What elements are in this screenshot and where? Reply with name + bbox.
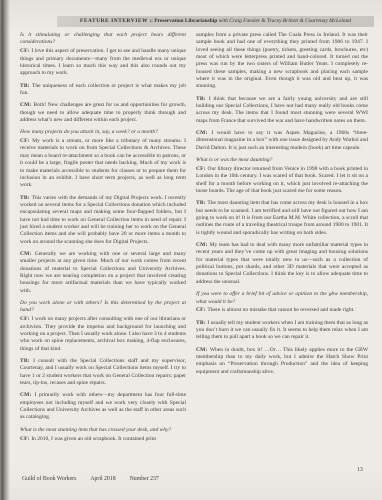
paragraph-text: In 2010, I was given an old scrapbook. I… <box>31 436 156 442</box>
paragraph-text: I think that because we are a fairly you… <box>196 96 368 124</box>
speaker-label: TB: <box>196 96 209 102</box>
paragraph-text: How many projects do you attack in, say,… <box>20 129 158 135</box>
speaker-label: CF: <box>20 436 31 442</box>
interview-answer: TB: This varies with the demands of my D… <box>20 195 186 246</box>
paragraph-text: samples from a private press called The … <box>196 32 368 89</box>
footer-issue-number: Number 237 <box>130 476 159 482</box>
interview-answer: CF: In 2010, I was given an old scrapboo… <box>20 436 186 443</box>
interview-answer: CM: Generally we are working with one or… <box>20 251 186 295</box>
paragraph-text: My work is a stream, or more like a trib… <box>20 138 186 188</box>
interview-answer: CM: Both! New challenges are great for u… <box>20 102 186 124</box>
right-column: samples from a private press called The … <box>196 32 368 448</box>
speaker-label: CF: <box>20 138 32 144</box>
interview-answer: CM: I primarily work with others—my depa… <box>20 392 186 421</box>
left-column: Is it stimulating or challenging that ea… <box>20 32 186 448</box>
header-article-title: Preservation Librarianship <box>154 18 217 24</box>
interview-answer: TB: I think that because we are a fairly… <box>196 96 368 125</box>
interview-answer: CF: My work is a stream, or more like a … <box>20 138 186 189</box>
paragraph-text: I usually tell my student workers when I… <box>196 320 368 341</box>
speaker-label: CF: <box>196 307 207 313</box>
speaker-label: TB: <box>196 320 207 326</box>
paragraph-text: Do you work alone or with others? Is thi… <box>20 300 186 313</box>
speaker-label: CF: <box>20 48 31 54</box>
header-separator: :: <box>149 18 153 24</box>
paragraph-text: Both! New challenges are great for us an… <box>20 102 186 123</box>
paragraph-text: What is or was the most daunting? <box>196 157 272 163</box>
speaker-label: CM: <box>196 130 211 136</box>
scan-edge-shadow <box>0 0 10 500</box>
header-byline-prefix: with <box>219 18 228 24</box>
paragraph-text: There is almost no mistake that cannot b… <box>207 307 354 313</box>
article-body: Is it stimulating or challenging that ea… <box>20 32 368 448</box>
interview-question: What is or was the most daunting? <box>196 157 368 164</box>
paragraph-text: This varies with the demands of my Digit… <box>20 195 186 245</box>
interview-question: How many projects do you attack in, say,… <box>20 129 186 136</box>
speaker-label: CM: <box>20 102 34 108</box>
paragraph-text: When in doubt, box it! …Or… This likely … <box>196 347 368 375</box>
speaker-label: CM: <box>20 251 35 257</box>
paragraph-text: Our library director returned from Venic… <box>196 166 368 194</box>
speaker-label: TB: <box>20 358 33 364</box>
interview-answer: TB: I usually tell my student workers wh… <box>196 320 368 342</box>
paragraph-text: Generally we are working with one or sev… <box>20 251 186 294</box>
page-number: 13 <box>357 467 363 473</box>
interview-answer: TB: The most daunting item that has come… <box>196 200 368 237</box>
scanned-newsletter-page: FEATURE INTERVIEW :: Preservation Librar… <box>0 0 382 500</box>
paragraph-text: If you were to offer a brief bit of advi… <box>196 291 368 304</box>
paragraph-text: The most daunting item that has come acr… <box>196 200 368 235</box>
speaker-label: CF: <box>20 316 32 322</box>
interview-answer: samples from a private press called The … <box>196 32 368 91</box>
speaker-label: CF: <box>196 166 207 172</box>
speaker-label: CM: <box>20 392 35 398</box>
footer-publication: Guild of Book Workers <box>22 476 76 482</box>
paragraph-text: I would have to say it was Aspen Magazin… <box>196 130 368 151</box>
paragraph-text: The uniqueness of each collection or pro… <box>20 83 186 96</box>
paragraph-text: I work on many projects after consulting… <box>20 316 186 351</box>
speaker-label: TB: <box>20 195 32 201</box>
paragraph-text: My team has had to deal with many more u… <box>196 242 368 285</box>
interview-answer: CM: My team has had to deal with many mo… <box>196 242 368 286</box>
paragraph-text: I primarily work with others—my departme… <box>20 392 186 420</box>
speaker-label: TB: <box>196 200 207 206</box>
interview-question: What is the most stunning item that has … <box>20 427 186 434</box>
speaker-label: CM: <box>196 347 210 353</box>
interview-answer: TB: The uniqueness of each collection or… <box>20 83 186 98</box>
footer-date: April 2018 <box>90 476 115 482</box>
interview-answer: CM: I would have to say it was Aspen Mag… <box>196 130 368 152</box>
paragraph-text: What is the most stunning item that has … <box>20 427 171 433</box>
interview-question: Do you work alone or with others? Is thi… <box>20 300 186 315</box>
interview-answer: CM: When in doubt, box it! …Or… This lik… <box>196 347 368 376</box>
speaker-label: CM: <box>196 242 210 248</box>
interview-answer: CF: There is almost no mistake that cann… <box>196 307 368 314</box>
feature-interview-header: FEATURE INTERVIEW :: Preservation Librar… <box>57 16 374 27</box>
header-section-label: FEATURE INTERVIEW <box>80 18 148 24</box>
interview-answer: CF: Our library director returned from V… <box>196 166 368 195</box>
interview-question: Is it stimulating or challenging that ea… <box>20 32 186 47</box>
page-footer: Guild of Book WorkersApril 2018Number 23… <box>22 476 173 482</box>
interview-question: If you were to offer a brief bit of advi… <box>196 291 368 306</box>
interview-answer: TB: I consult with the Special Collectio… <box>20 358 186 387</box>
speaker-label: TB: <box>20 83 32 89</box>
header-byline: with Craig Fansler & Tracey Britton & Co… <box>219 18 351 24</box>
paragraph-text: I consult with the Special Collections s… <box>20 358 186 386</box>
interview-answer: CF: I work on many projects after consul… <box>20 316 186 353</box>
interview-answer: CF: I love this aspect of preservation. … <box>20 48 186 77</box>
header-interviewees: Craig Fansler & Tracey Britton & Courten… <box>229 18 351 24</box>
paragraph-text: Is it stimulating or challenging that ea… <box>20 32 186 45</box>
paragraph-text: I love this aspect of preservation. I ge… <box>20 48 186 76</box>
